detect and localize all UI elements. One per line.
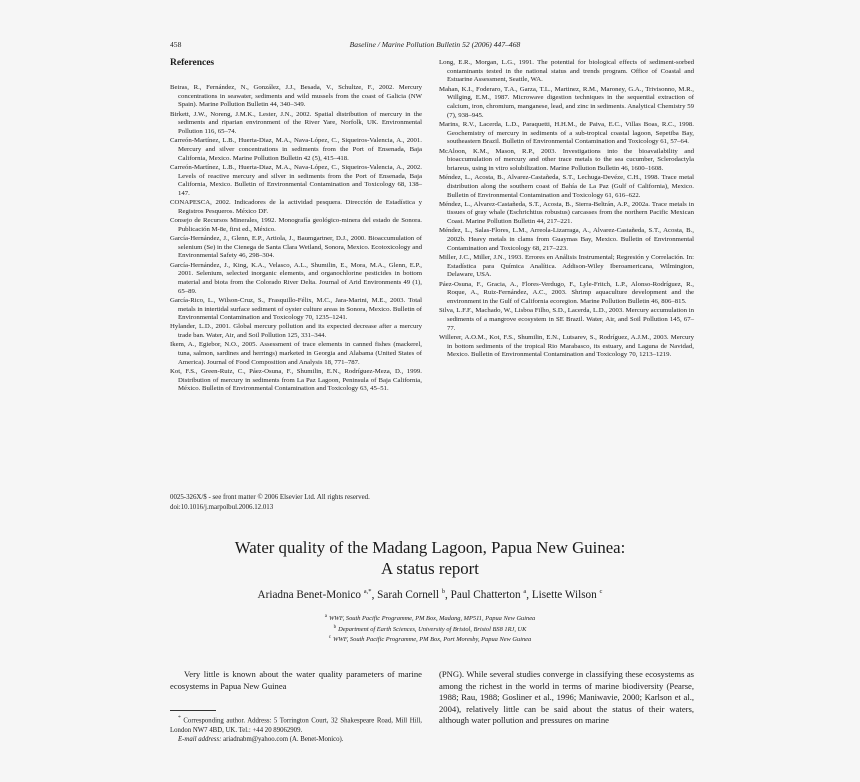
reference-item: García-Hernández, J., King, K.A., Velasc… bbox=[170, 262, 422, 297]
reference-item: Carreón-Martínez, L.B., Huerta-Diaz, M.A… bbox=[170, 137, 422, 163]
reference-item: Beiras, R., Fernández, N., González, J.J… bbox=[170, 84, 422, 110]
issn-line: 0025-326X/$ - see front matter © 2006 El… bbox=[170, 493, 430, 503]
footnote-text: Corresponding author. Address: 5 Torring… bbox=[170, 717, 422, 733]
affiliation-mark: a bbox=[325, 614, 327, 619]
reference-item: Mahan, K.I., Foderaro, T.A., Garza, T.L.… bbox=[439, 86, 694, 121]
reference-item: Consejo de Recursos Minerales, 1992. Mon… bbox=[170, 217, 422, 234]
journal-citation: Baseline / Marine Pollution Bulletin 52 … bbox=[170, 40, 700, 49]
reference-item: Long, E.R., Morgan, L.G., 1991. The pote… bbox=[439, 59, 694, 85]
body-paragraph: Very little is known about the water qua… bbox=[170, 669, 422, 692]
body-text-right-column: (PNG). While several studies converge in… bbox=[439, 669, 694, 727]
reference-item: Méndez, L., Acosta, B., Alvarez-Castañed… bbox=[439, 174, 694, 200]
author-name: Lisette Wilson bbox=[532, 589, 597, 601]
affiliation-text: Department of Earth Sciences, University… bbox=[338, 626, 526, 633]
affiliation-item: bDepartment of Earth Sciences, Universit… bbox=[0, 624, 860, 635]
references-right-column: Long, E.R., Morgan, L.G., 1991. The pote… bbox=[439, 59, 694, 360]
author-name: Ariadna Benet-Monico bbox=[258, 589, 361, 601]
reference-item: Hylander, L.D., 2001. Global mercury pol… bbox=[170, 323, 422, 340]
reference-item: Méndez, L., Alvarez-Castañeda, S.T., Aco… bbox=[439, 201, 694, 227]
document-page: 458 Baseline / Marine Pollution Bulletin… bbox=[0, 0, 860, 782]
affiliation-text: WWF, South Pacific Programme, PM Box, Ma… bbox=[329, 615, 535, 622]
reference-item: Silva, L.F.F., Machado, W., Lisboa Filho… bbox=[439, 307, 694, 333]
front-matter: 0025-326X/$ - see front matter © 2006 El… bbox=[170, 493, 430, 512]
reference-item: García-Rico, L., Wilson-Cruz, S., Frasqu… bbox=[170, 297, 422, 323]
doi-link[interactable]: doi:10.1016/j.marpolbul.2006.12.013 bbox=[170, 503, 430, 513]
title-line-1: Water quality of the Madang Lagoon, Papu… bbox=[0, 537, 860, 558]
author-list: Ariadna Benet-Monico a,*, Sarah Cornell … bbox=[0, 588, 860, 601]
reference-item: McAloon, K.M., Mason, R.P., 2003. Invest… bbox=[439, 148, 694, 174]
affiliation-text: WWF, South Pacific Programme, PM Box, Po… bbox=[333, 636, 531, 643]
reference-item: Páez-Osuna, F., Gracia, A., Flores-Verdu… bbox=[439, 281, 694, 307]
references-heading: References bbox=[170, 58, 214, 68]
reference-item: Willerer, A.O.M., Kot, F.S., Shumilin, E… bbox=[439, 334, 694, 360]
affiliation-item: aWWF, South Pacific Programme, PM Box, M… bbox=[0, 613, 860, 624]
body-paragraph: (PNG). While several studies converge in… bbox=[439, 669, 694, 727]
reference-item: Méndez, L., Salas-Flores, L.M., Arreola-… bbox=[439, 227, 694, 253]
reference-item: Carreón-Martínez, L.B., Huerta-Diaz, M.A… bbox=[170, 164, 422, 199]
article-title: Water quality of the Madang Lagoon, Papu… bbox=[0, 537, 860, 579]
affiliations: aWWF, South Pacific Programme, PM Box, M… bbox=[0, 613, 860, 645]
affiliation-item: cWWF, South Pacific Programme, PM Box, P… bbox=[0, 634, 860, 645]
author-affiliation-mark[interactable]: a,* bbox=[364, 588, 372, 595]
email-link[interactable]: ariadnabm@yahoo.com (A. Benet-Monico). bbox=[223, 736, 343, 743]
author-name: Sarah Cornell bbox=[377, 589, 439, 601]
reference-item: Kot, F.S., Green-Ruiz, C., Páez-Osuna, F… bbox=[170, 368, 422, 394]
references-left-column: Beiras, R., Fernández, N., González, J.J… bbox=[170, 84, 422, 395]
reference-item: Ikem, A., Egiebor, N.O., 2005. Assessmen… bbox=[170, 341, 422, 367]
reference-item: Miller, J.C., Miller, J.N., 1993. Errore… bbox=[439, 254, 694, 280]
affiliation-mark: b bbox=[334, 625, 337, 630]
footnote-mark: * bbox=[178, 715, 181, 721]
body-text-left-column: Very little is known about the water qua… bbox=[170, 669, 422, 692]
affiliation-mark: c bbox=[329, 635, 331, 640]
running-head: 458 Baseline / Marine Pollution Bulletin… bbox=[170, 40, 700, 52]
reference-item: CONAPESCA, 2002. Indicadores de la activ… bbox=[170, 199, 422, 216]
corresponding-author-footnote: * Corresponding author. Address: 5 Torri… bbox=[170, 714, 422, 744]
email-label: E-mail address: bbox=[178, 736, 221, 743]
reference-item: Birkett, J.W., Noreng, J.M.K., Lester, J… bbox=[170, 111, 422, 137]
author-affiliation-mark[interactable]: c bbox=[600, 588, 603, 595]
footnote-rule bbox=[170, 710, 216, 711]
title-line-2: A status report bbox=[0, 558, 860, 579]
reference-item: Marins, R.V., Lacerda, L.D., Paraquetti,… bbox=[439, 121, 694, 147]
author-name: Paul Chatterton bbox=[451, 589, 521, 601]
reference-item: García-Hernández, J., Glenn, E.P., Artio… bbox=[170, 235, 422, 261]
